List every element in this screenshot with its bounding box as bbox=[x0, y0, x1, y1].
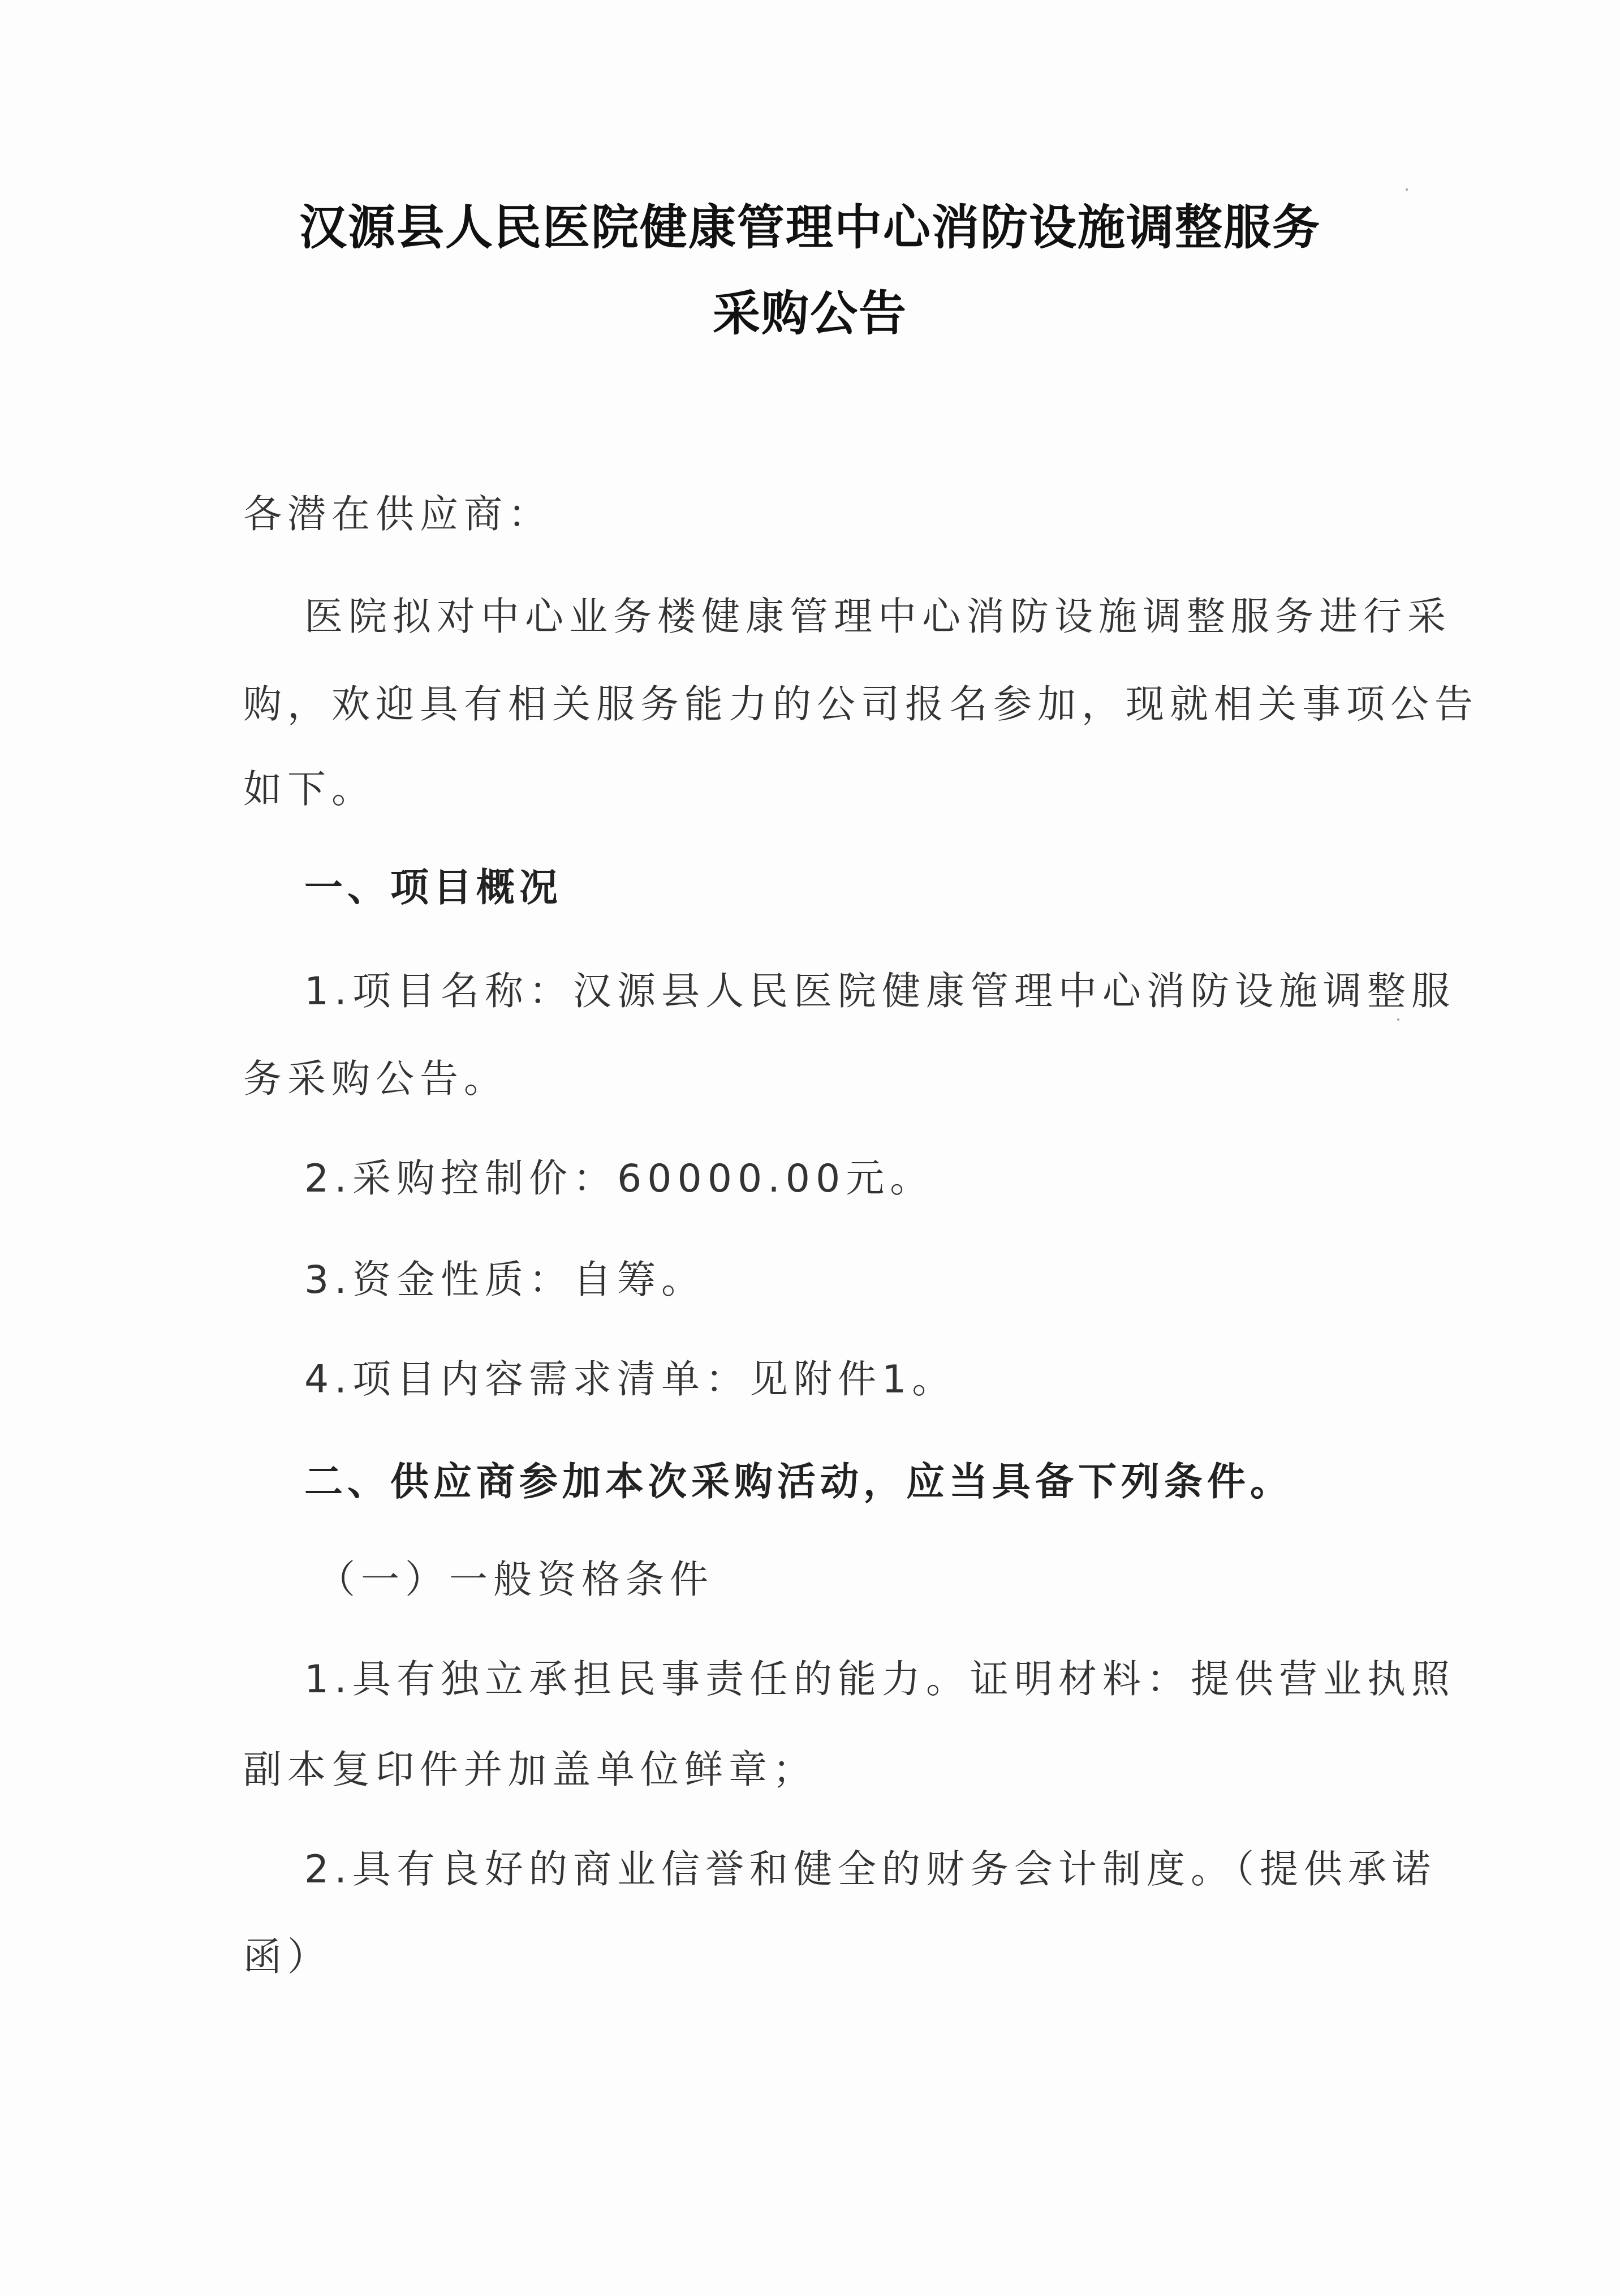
section-1-item-1-line-1: 1.项目名称：汉源县人民医院健康管理中心消防设施调整服 bbox=[304, 973, 1458, 1011]
section-1-item-4: 4.项目内容需求清单：见附件1。 bbox=[304, 1361, 1458, 1399]
scan-speck bbox=[1397, 1018, 1399, 1021]
section-1-heading: 一、项目概况 bbox=[304, 869, 1458, 908]
intro-line-3: 如下。 bbox=[243, 771, 1397, 809]
section-2-heading: 二、供应商参加本次采购活动，应当具备下列条件。 bbox=[304, 1463, 1458, 1502]
section-2-item-2-line-1: 2.具有良好的商业信誉和健全的财务会计制度。（提供承诺 bbox=[304, 1851, 1458, 1889]
section-2-subheading: （一）一般资格条件 bbox=[317, 1561, 1471, 1600]
section-1-item-1-line-2: 务采购公告。 bbox=[243, 1060, 1397, 1099]
section-1-item-2: 2.采购控制价：60000.00元。 bbox=[304, 1160, 1458, 1198]
section-2-item-1-line-2: 副本复印件并加盖单位鲜章； bbox=[243, 1751, 1397, 1790]
scan-speck bbox=[1406, 188, 1408, 191]
section-2-item-1-line-1: 1.具有独立承担民事责任的能力。证明材料：提供营业执照 bbox=[304, 1661, 1458, 1699]
salutation: 各潜在供应商： bbox=[243, 496, 1397, 534]
section-2-item-2-line-2: 函） bbox=[243, 1938, 1397, 1977]
document-page: 汉源县人民医院健康管理中心消防设施调整服务 采购公告 各潜在供应商： 医院拟对中… bbox=[0, 0, 1620, 2296]
section-1-item-3: 3.资金性质：自筹。 bbox=[304, 1261, 1458, 1300]
document-title-line-1: 汉源县人民医院健康管理中心消防设施调整服务 bbox=[0, 204, 1620, 251]
intro-line-2: 购，欢迎具有相关服务能力的公司报名参加，现就相关事项公告 bbox=[243, 686, 1397, 724]
document-title-line-2: 采购公告 bbox=[0, 290, 1620, 337]
intro-line-1: 医院拟对中心业务楼健康管理中心消防设施调整服务进行采 bbox=[304, 598, 1458, 637]
